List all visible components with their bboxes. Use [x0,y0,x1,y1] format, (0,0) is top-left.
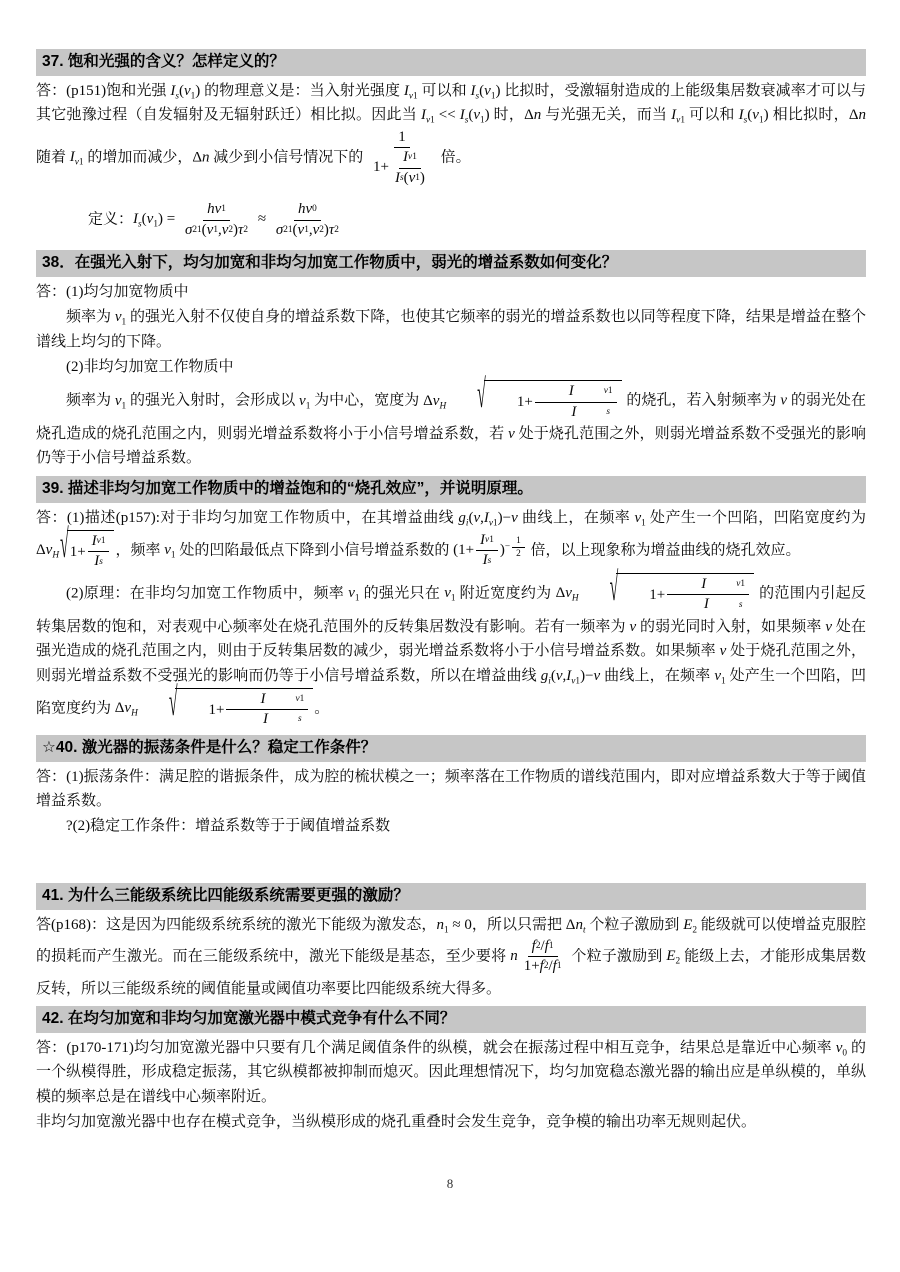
fraction-numerator: Iν1 [88,532,110,553]
math-sub: s [576,408,610,417]
math-sub: H [131,709,138,719]
inline-math: Is(ν1) = hν1σ21(ν1,ν2)τ2 ≈ hν0σ21(ν1,ν2)… [133,211,345,227]
radical-sign-icon: √ [60,514,69,579]
question-heading-38: 38．在强光入射下，均匀加宽和非均匀加宽工作物质中，弱光的增益系数如何变化？ [36,250,866,277]
math-txt: 1+ [178,698,224,722]
text-run: 相比拟时， [769,107,849,123]
text-run: (2)原理：在非均匀加宽工作物质中，频率 [66,585,348,601]
inline-math: E2 [683,917,697,933]
math-txt: 1 [608,386,613,396]
fraction-numerator: hν0 [294,200,321,221]
math-sub: ν1 [489,518,498,528]
fraction-numerator: hν1 [203,200,230,221]
radical-sign-icon: √ [139,672,178,737]
fraction-denominator: 1+f2 / f1 [520,957,566,977]
inline-math: ΔνH√1+Iν1Is [115,700,314,716]
math-var: ν [215,200,222,220]
math-var: ν [409,169,416,189]
text-run: 的强光只在 [360,585,445,601]
math-txt: 1 [740,579,745,589]
math-txt: ) [420,169,425,189]
text-run: 的烧孔，若入射频率为 [623,393,781,409]
math-txt: 1+ [524,957,540,977]
text-run: 个粒子激励到 [567,948,666,964]
text-run: 可以和 [685,107,739,123]
page-number: 8 [0,1176,900,1192]
math-var: H [52,551,59,561]
answer-paragraph: 频率为 ν1 的强光入射时，会形成以 ν1 为中心，宽度为 ΔνH√1+Iν1I… [36,380,866,471]
math-var: ν [473,107,480,123]
math-sqrt: √1+Iν1Is [139,688,313,730]
inline-math: ν1 [299,393,310,409]
math-sub: s [709,601,743,610]
math-sub: ν1 [571,676,580,686]
math-txt: 2 [334,225,339,235]
text-run: 曲线上，在频率 [518,510,635,526]
radicand: 1+Iν1Is [67,530,115,572]
math-var: h [298,200,306,220]
inline-math: Is(ν1) [460,107,490,123]
math-txt: 1 [549,941,554,951]
question-block-39: 39. 描述非均匀加宽工作物质中的增益饱和的“烧孔效应”，并说明原理。 答：(1… [36,476,866,730]
math-var: g [458,510,466,526]
math-txt: )− [580,668,593,684]
definition-formula: 定义：Is(ν1) = hν1σ21(ν1,ν2)τ2 ≈ hν0σ21(ν1,… [88,200,866,240]
math-var: n [858,107,866,123]
math-sub: ν1 [265,695,304,704]
inline-math: ν1 [115,309,126,325]
math-frac: Iν1Is(ν1) [391,148,429,188]
text-run: 个粒子激励到 [586,917,684,933]
fraction-denominator: σ21(ν1,ν2)τ2 [181,221,252,241]
inline-math: ν0 [836,1040,847,1056]
math-frac: 12 [512,535,525,560]
math-sqrt: √1+Iν1Is [60,530,114,572]
math-var: ν [484,83,491,99]
text-run: ，频率 [115,542,164,558]
answer-paragraph: (2)原理：在非均匀加宽工作物质中，频率 ν1 的强光只在 ν1 附近宽度约为 … [36,573,866,730]
math-var: ν [115,393,122,409]
radicand: 1+Iν1Is [484,380,622,422]
math-var: I [671,575,706,595]
math-var: ν [508,426,515,442]
text-run: ，所以只需把 [472,917,566,933]
math-txt: 1 [557,961,562,971]
inline-math: ν [825,619,832,635]
math-sub: ν1 [409,92,418,102]
math-var: ν [752,107,759,123]
math-txt: Δ [556,585,566,601]
math-var: ν [714,668,721,684]
text-run: 倍。 [437,149,471,165]
math-var: s [298,714,302,724]
math-txt: 1 [516,535,521,547]
text-run: 随着 [36,149,70,165]
inline-math: Δn [192,149,209,165]
math-txt: ) = [158,211,179,227]
math-frac: Iν1Is [226,690,308,730]
text-run: 曲线上，在频率 [600,668,714,684]
math-sub: 2 [243,226,248,235]
text-run: 倍，以上现象称为增益曲线的烧孔效应。 [527,542,801,558]
math-var: E [683,917,692,933]
math-txt: 1+ [373,158,389,178]
text-run: 的强光入射不仅使自身的增益系数下降，也使其它频率的弱光的增益系数也以同等程度下降… [36,309,866,349]
math-txt: 21 [192,225,201,235]
inline-math: Is(ν1) [170,83,200,99]
answer-paragraph: ?(2)稳定工作条件：增益系数等于于阈值增益系数 [36,814,866,838]
question-block-42: 42. 在均匀加宽和非均匀加宽激光器中模式竞争有什么不同？ 答：(p170-17… [36,1006,866,1134]
math-sub: ν1 [97,537,106,546]
question-heading-40: ☆40. 激光器的振荡条件是什么？稳定工作条件？ [36,735,866,762]
math-var: I [230,690,265,710]
document-page: { "page": { "number": "8" }, "sections":… [0,0,900,1272]
text-run: 答：(1)描述(p157):对于非均匀加宽工作物质中，在其增益曲线 [36,510,458,526]
math-sup: −12 [505,542,527,552]
inline-math: Is(ν1) [739,107,769,123]
inline-math: (1+Iν1Is)−12 [453,542,527,558]
math-sub: s [488,557,492,566]
math-sub: 21 [192,226,201,235]
fraction-denominator: Is [479,551,496,571]
fraction-numerator: 1 [512,535,525,548]
math-sqrt: √1+Iν1Is [447,380,621,422]
text-run: 非均匀加宽激光器中也存在模式竞争，当纵模形成的烧孔重叠时会发生竞争，竞争模的输出… [36,1114,756,1130]
radicand: 1+Iν1Is [616,573,754,615]
math-sub: 1 [557,962,562,971]
math-frac: f2 / f11+f2 / f1 [520,937,566,977]
inline-math: ν1 [164,542,175,558]
text-run: 。 [314,700,329,716]
math-sub: 1 [549,942,554,951]
fraction-denominator: Is(ν1) [391,169,429,189]
inline-math: 11+Iν1Is(ν1) [367,149,437,165]
math-sub: 2 [334,226,339,235]
text-run: 答(p168)：这是因为四能级系统系统的激光下能级为激发态， [36,917,436,933]
math-sqrt: √1+Iν1Is [580,573,754,615]
text-run: 的强光入射时，会形成以 [126,393,299,409]
math-var: ν [348,585,355,601]
math-var: n [510,948,518,964]
math-sub: ν1 [426,116,435,126]
question-block-41: 41. 为什么三能级系统比四能级系统需要更强的激励？ 答(p168)：这是因为四… [36,883,866,1002]
math-txt: Δ [36,542,46,558]
math-var: s [739,600,743,610]
math-sub: ν1 [408,153,417,162]
math-frac: Iν1Is [476,531,498,571]
math-txt: Δ [115,700,125,716]
math-txt: 1 [101,536,106,546]
text-run: 频率为 [66,309,115,325]
inline-math: Δn [849,107,866,123]
fraction-denominator: 2 [512,548,525,560]
question-block-38: 38．在强光入射下，均匀加宽和非均匀加宽工作物质中，弱光的增益系数如何变化？ 答… [36,250,866,471]
text-run: 答：(p170-171)均匀加宽激光器中只要有几个满足阈值条件的纵模，就会在振荡… [36,1040,836,1056]
math-sub: H [572,594,579,604]
fraction-denominator: Is [90,552,107,572]
math-var: σ [276,221,283,241]
answer-paragraph: 答：(1)描述(p157):对于非均匀加宽工作物质中，在其增益曲线 gi(ν,I… [36,506,866,572]
math-txt: 2 [243,225,248,235]
text-run: 可以和 [418,83,471,99]
answer-paragraph: 答：(1)振荡条件：满足腔的谐振条件，成为腔的梳状模之一；频率落在工作物质的谱线… [36,765,866,814]
math-var: ν [556,668,563,684]
answer-paragraph: 频率为 ν1 的强光入射不仅使自身的增益系数下降，也使其它频率的弱光的增益系数也… [36,305,866,354]
math-txt: 1 [412,152,417,162]
question-heading-41: 41. 为什么三能级系统比四能级系统需要更强的激励？ [36,883,866,910]
math-var: ν [164,542,171,558]
math-var: H [572,594,579,604]
math-var: n [575,917,583,933]
math-sub: 21 [283,226,292,235]
math-var: n [436,917,444,933]
question-block-40: ☆40. 激光器的振荡条件是什么？稳定工作条件？ 答：(1)振荡条件：满足腔的谐… [36,735,866,839]
math-txt: ≈ 0 [449,917,472,933]
math-frac: Iν1Is [535,382,617,422]
math-txt: Δ [423,393,433,409]
math-frac: 11+Iν1Is(ν1) [369,128,435,189]
fraction-numerator: Iν1 [667,575,749,596]
answer-paragraph: 非均匀加宽激光器中也存在模式竞争，当纵模形成的烧孔重叠时会发生竞争，竞争模的输出… [36,1110,866,1134]
math-var: I [539,382,574,402]
math-txt: )− [498,510,511,526]
math-var: I [233,710,268,730]
math-frac: Iν1Is [88,532,110,572]
fraction-denominator: Is [670,595,747,615]
math-txt: 1 [398,128,406,148]
text-run: 时， [490,107,524,123]
math-var: ν [511,510,518,526]
math-var: ν [305,200,312,220]
math-var: ν [222,221,229,241]
math-txt: 1 [489,535,494,545]
question-block-37: 37. 饱和光强的含义？怎样定义的？ 答：(p151)饱和光强 Is(ν1) 的… [36,49,866,240]
text-run: 频率为 [66,393,115,409]
inline-math: Δn [524,107,541,123]
math-sub: ν1 [676,116,685,126]
inline-math: ν1 [714,668,725,684]
inline-math: ν1 [115,393,126,409]
math-txt: (1+ [453,542,474,558]
text-run: ?(2)稳定工作条件：增益系数等于于阈值增益系数 [66,818,390,834]
fraction-denominator: Is [537,403,614,423]
math-sub: H [439,401,446,411]
answer-paragraph: 答：(p151)饱和光强 Is(ν1) 的物理意义是：当入射光强度 Iν1 可以… [36,79,866,188]
text-run: 与光强无关，而当 [541,107,671,123]
math-sub: ν1 [485,536,494,545]
math-txt: Δ [566,917,576,933]
fraction-numerator: Iν1 [476,531,498,552]
question-heading-39: 39. 描述非均匀加宽工作物质中的增益饱和的“烧孔效应”，并说明原理。 [36,476,866,503]
fraction-denominator: σ21(ν1,ν2)τ2 [272,221,343,241]
math-var: ν [299,393,306,409]
text-run: 附近宽度约为 [456,585,556,601]
inline-math: Iν1 [671,107,685,123]
inline-math: ν [508,426,515,442]
text-run: (2)非均匀加宽工作物质中 [66,359,234,375]
fraction-numerator: 1 [394,128,410,149]
math-var: ν [115,309,122,325]
radical-sign-icon: √ [447,364,486,429]
fraction-numerator: Iν1 [399,148,421,169]
fraction-numerator: f2 / f1 [528,937,558,958]
answer-paragraph: 答：(1)均匀加宽物质中 [36,280,866,304]
fraction-numerator: Iν1 [226,690,308,711]
math-var: s [606,407,610,417]
math-var: s [488,556,492,566]
math-txt: 2 [516,548,521,560]
math-txt: 1+ [70,540,86,564]
math-txt: ≈ [254,211,270,227]
text-run: 答：(p151)饱和光强 [36,83,170,99]
inline-math: gi(ν,Iν1)−ν [458,510,517,526]
inline-math: ΔνH√1+Iν1Is [423,393,622,409]
question-heading-37: 37. 饱和光强的含义？怎样定义的？ [36,49,866,76]
text-run: 为中心，宽度为 [310,393,423,409]
math-var: σ [185,221,192,241]
text-run: 的增加而减少， [84,149,193,165]
math-var: I [674,595,709,615]
question-heading-42: 42. 在均匀加宽和非均匀加宽激光器中模式竞争有什么不同？ [36,1006,866,1033]
math-var: ν [207,221,214,241]
inline-math: Δnt [566,917,586,933]
fraction-numerator: Iν1 [535,382,617,403]
math-var: ν [444,585,451,601]
fraction-denominator: Is [229,710,306,730]
math-var: ν [298,221,305,241]
math-var: H [439,401,446,411]
math-frac: hν0σ21(ν1,ν2)τ2 [272,200,343,240]
math-txt: 1+ [487,390,533,414]
math-txt: Δ [192,149,202,165]
math-txt: 21 [283,225,292,235]
math-txt: − [505,542,510,552]
answer-paragraph: 答(p168)：这是因为四能级系统系统的激光下能级为激发态，n1 ≈ 0，所以只… [36,913,866,1002]
radical-sign-icon: √ [580,557,619,622]
inline-math: Iν1 [404,83,418,99]
inline-math: ν1 [444,585,455,601]
math-sub: ν1 [574,387,613,396]
inline-math: Iν1 [421,107,435,123]
inline-math: n1 ≈ 0 [436,917,471,933]
text-run: 的物理意义是：当入射光强度 [200,83,404,99]
text-run: 定义： [88,211,133,227]
fraction-denominator: 1+Iν1Is(ν1) [369,148,435,188]
math-var: ν [825,619,832,635]
radicand: 1+Iν1Is [175,688,313,730]
inline-math: ν1 [634,510,645,526]
math-sub: s [99,558,103,567]
math-sub: ν1 [706,580,745,589]
math-var: I [541,403,576,423]
inline-math: nf2 / f11+f2 / f1 [510,948,567,964]
inline-math: gi(ν,Iν1)−ν [541,668,600,684]
math-sub: ν1 [75,158,84,168]
text-run: 处的凹陷最低点下降到小信号增益系数的 [176,542,454,558]
math-var: E [666,948,675,964]
math-txt: 1 [300,694,305,704]
math-sub: 1 [221,205,226,214]
math-frac: Iν1Is [667,575,749,615]
math-var: s [99,557,103,567]
inline-math: ΔνH√1+Iν1Is [556,585,755,601]
math-txt: 0 [312,204,317,214]
math-var: ν [565,585,572,601]
math-var: H [131,709,138,719]
text-run: 答：(1)振荡条件：满足腔的谐振条件，成为腔的梳状模之一；频率落在工作物质的谱线… [36,769,866,809]
inline-math: ν1 [348,585,359,601]
answer-paragraph: 答：(p170-171)均匀加宽激光器中只要有几个满足阈值条件的纵模，就会在振荡… [36,1036,866,1109]
math-var: ν [184,83,191,99]
math-txt: 1 [221,204,226,214]
text-run: 答：(1)均匀加宽物质中 [36,284,189,300]
text-run: << [435,107,460,123]
math-txt: Δ [524,107,534,123]
math-var: h [207,200,215,220]
inline-math: ΔνH√1+Iν1Is [36,542,115,558]
text-run: 减少到小信号情况下的 [209,149,367,165]
inline-math: Iν1 [70,149,84,165]
math-sub: H [52,551,59,561]
math-txt: 1+ [619,583,665,607]
math-sub: 0 [312,205,317,214]
text-run: 处产生一个凹陷，凹陷宽度约为 [646,510,866,526]
text-run: 的弱光同时入射，如果频率 [636,619,825,635]
inline-math: E2 [666,948,680,964]
math-sub: s [268,715,302,724]
math-frac: hν1σ21(ν1,ν2)τ2 [181,200,252,240]
document-body: 37. 饱和光强的含义？怎样定义的？ 答：(p151)饱和光强 Is(ν1) 的… [0,0,900,1134]
math-var: ν [313,221,320,241]
inline-math: Is(ν1) [471,83,501,99]
